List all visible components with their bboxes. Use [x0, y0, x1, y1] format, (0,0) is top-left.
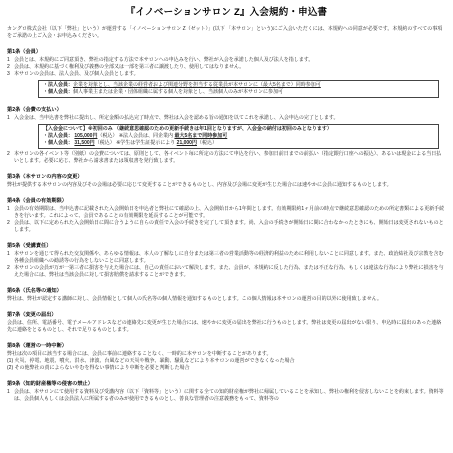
info-box: 【入会金について】※初回のみ （継続意思確認のための更新手続きは年1回となります…	[38, 124, 439, 149]
text-run: 最大5名まで同時参加可	[174, 133, 227, 139]
clause-item: 2会員は、以下に定められた入会開始日に間に合うように自らの責任で入会の手続きを完…	[7, 220, 446, 234]
clause-item: 2会員は、本規約に基づく権利及び義務の全部又は一部を第三者に譲渡したり、使用して…	[7, 64, 446, 71]
clause-item: 1本サロンを通じて得られた交友関係や、あらゆる情報は、本人の了解なしに自分または…	[7, 251, 446, 265]
clause-item: 2本サロンの会員が万が一第三者に損害を与えた場合には、自己の責任において解決しま…	[7, 265, 446, 279]
document-page: 『イノベーションサロン Z』入会規約・申込書 カングロ株式会社（以下「弊社」とい…	[0, 0, 453, 403]
clause-paragraph: (1) 火災、停電、地震、噴火、洪水、津波、台風などの天災や戦争、暴動、騒乱など…	[7, 358, 446, 365]
text-run: （税込） ※法人会員は、同企業内	[97, 133, 174, 139]
intro-paragraph: カングロ株式会社（以下「弊社」という）が運営する「イノベーションサロン Z（ゼッ…	[7, 26, 446, 40]
section: 第1条（会員）1会員とは、本規約にご同意頂き、弊社の指定する方法で本サロンへの申…	[7, 49, 446, 98]
clause-text: 会員は、本サロンにて使用する資料及び受講内容（以下「資料等」という）に関する全て…	[14, 389, 446, 403]
clause-number: 1	[7, 389, 14, 403]
section-heading: 第4条（会員の有効期限）	[7, 198, 446, 205]
clause-paragraph: 会員は、住所、電話番号、電子メールアドレスなどの連絡先に変更が生じた場合には、速…	[7, 320, 446, 334]
clause-paragraph: 弊社は、弊社が認定する講師に対し、会員情報として個人の氏名等の個人情報を通知する…	[7, 296, 446, 303]
info-box-line: 【入会金について】※初回のみ （継続意思確認のための更新手続きは年1回となります…	[43, 126, 434, 133]
section-heading: 第1条（会員）	[7, 49, 446, 56]
text-run: 105,000円	[74, 133, 97, 139]
clause-paragraph: 弊社が提供する本サロンの内容及びその会場は必要に応じて変更することができるものと…	[7, 182, 446, 189]
text-run: （税込）	[197, 140, 217, 146]
sections: 第1条（会員）1会員とは、本規約にご同意頂き、弊社の指定する方法で本サロンへの申…	[7, 49, 446, 403]
section: 第2条（会費の支払い）1入会金は、当申込書を弊社に提出し、所定金額の払込完了時点…	[7, 107, 446, 165]
clause-number: 2	[7, 64, 14, 71]
section: 第7条（変更の届出）会員は、住所、電話番号、電子メールアドレスなどの連絡先に変更…	[7, 312, 446, 334]
text-run: 【入会金について】※初回のみ （継続意思確認のための更新手続きは年1回となります…	[43, 126, 332, 132]
info-box-line: ・個人会員：個人事業主または企業・団体組織に属する個人を対象とし、当該個人のみが…	[43, 89, 434, 96]
clause-item: 1会員とは、本規約にご同意頂き、弊社の指定する方法で本サロンへの申込みを行い、弊…	[7, 57, 446, 64]
clause-text: 会員とは、本規約にご同意頂き、弊社の指定する方法で本サロンへの申込みを行い、弊社…	[14, 57, 446, 64]
section-heading: 第8条（運営の一時中断）	[7, 343, 446, 350]
text-run: ・法人会員：	[43, 133, 74, 139]
text-run: 31,500円	[74, 140, 94, 146]
clause-number: 1	[7, 206, 14, 220]
clause-text: 本サロンを通じて得られた交友関係や、あらゆる情報は、本人の了解なしに自分または第…	[14, 251, 446, 265]
clause-number: 2	[7, 151, 14, 165]
section-heading: 第5条（受講責任）	[7, 243, 446, 250]
clause-item: 1入会金は、当申込書を弊社に提出し、所定金額の払込完了時点で、弊社は入会を認める…	[7, 115, 446, 122]
text-run: ・個人会員：	[43, 140, 74, 146]
clause-paragraph: (2) その他弊社の責によらないやむを得ない事情により中断を必要と判断した場合	[7, 365, 446, 372]
section: 第5条（受講責任）1本サロンを通じて得られた交友関係や、あらゆる情報は、本人の了…	[7, 243, 446, 279]
section: 第6条（氏名等の通知）弊社は、弊社が認定する講師に対し、会員情報として個人の氏名…	[7, 288, 446, 303]
clause-number: 1	[7, 251, 14, 265]
clause-paragraph: 弊社は次の項目に該当する場合には、会員に事前に連絡することなく、一時的に本サロン…	[7, 351, 446, 358]
section: 第9条（知的財産権等の侵害の禁止）1会員は、本サロンにて使用する資料及び受講内容…	[7, 381, 446, 403]
clause-number: 1	[7, 115, 14, 122]
info-box-line: ・個人会員： 31,500円（税込） ※学生は学生証提示により 21,000円（…	[43, 140, 434, 147]
clause-item: 2本サロンの各イベント等（別紙）の会費については、原則として、各イベント毎に所定…	[7, 151, 446, 165]
clause-text: 本サロンの会員は、法人会員、及び個人会員とします。	[14, 71, 446, 78]
section-heading: 第9条（知的財産権等の侵害の禁止）	[7, 381, 446, 388]
section: 第4条（会員の有効期限）1会員の有効期限は、当申込書に記載された入会開始日を申込…	[7, 198, 446, 234]
clause-number: 2	[7, 220, 14, 234]
info-box-line: ・法人会員： 105,000円（税込） ※法人会員は、同企業内 最大5名まで同時…	[43, 133, 434, 140]
text-run: 21,000円	[177, 140, 197, 146]
section: 第3条（本サロンの内容の変更）弊社が提供する本サロンの内容及びその会場は必要に応…	[7, 174, 446, 189]
text-run: 個人事業主または企業・団体組織に属する個人を対象とし、当該個人のみが本サロンに参…	[73, 89, 283, 95]
clause-text: 本サロンの会員が万が一第三者に損害を与えた場合には、自己の責任において解決します…	[14, 265, 446, 279]
clause-text: 入会金は、当申込書を弊社に提出し、所定金額の払込完了時点で、弊社は入会を認める旨…	[14, 115, 446, 122]
section: 第8条（運営の一時中断）弊社は次の項目に該当する場合には、会員に事前に連絡するこ…	[7, 343, 446, 372]
clause-text: 会員の有効期限は、当申込書に記載された入会開始日を申込者と弊社にて確認の上、入会…	[14, 206, 446, 220]
text-run: ・法人会員：	[43, 82, 73, 88]
clause-item: 1会員は、本サロンにて使用する資料及び受講内容（以下「資料等」という）に関する全…	[7, 389, 446, 403]
document-title: 『イノベーションサロン Z』入会規約・申込書	[7, 7, 446, 19]
clause-text: 会員は、本規約に基づく権利及び義務の全部又は一部を第三者に譲渡したり、使用しては…	[14, 64, 446, 71]
clause-text: 会員は、以下に定められた入会開始日に間に合うように自らの責任で入会の手続きを完了…	[14, 220, 446, 234]
clause-text: 本サロンの各イベント等（別紙）の会費については、原則として、各イベント毎に所定の…	[14, 151, 446, 165]
section-heading: 第2条（会費の支払い）	[7, 107, 446, 114]
section-heading: 第7条（変更の届出）	[7, 312, 446, 319]
clause-item: 1会員の有効期限は、当申込書に記載された入会開始日を申込者と弊社にて確認の上、入…	[7, 206, 446, 220]
info-box-line: ・法人会員：企業を対象とし、当該企業の経営者および関連分野を担当する従業員が本サ…	[43, 82, 434, 89]
text-run: ・個人会員：	[43, 89, 73, 95]
section-heading: 第6条（氏名等の通知）	[7, 288, 446, 295]
clause-number: 1	[7, 57, 14, 64]
section-heading: 第3条（本サロンの内容の変更）	[7, 174, 446, 181]
clause-number: 3	[7, 71, 14, 78]
text-run: （税込） ※学生は学生証提示により	[95, 140, 177, 146]
text-run: 企業を対象とし、当該企業の経営者および関連分野を担当する従業員が本サロンに（最大…	[73, 82, 321, 88]
clause-item: 3本サロンの会員は、法人会員、及び個人会員とします。	[7, 71, 446, 78]
info-box: ・法人会員：企業を対象とし、当該企業の経営者および関連分野を担当する従業員が本サ…	[38, 80, 439, 98]
clause-number: 2	[7, 265, 14, 279]
